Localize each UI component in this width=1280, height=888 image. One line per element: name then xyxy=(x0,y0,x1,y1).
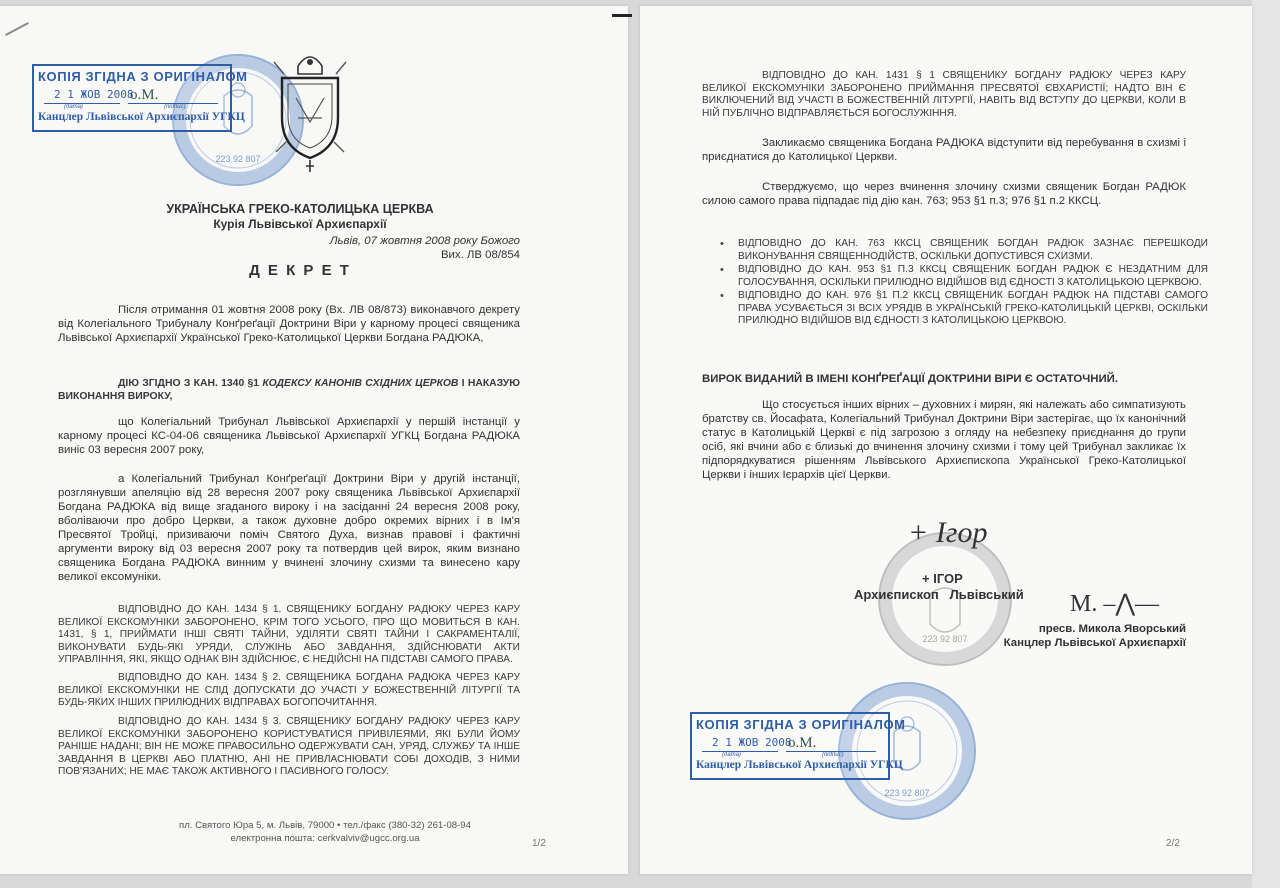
page-edge-mark xyxy=(612,14,632,17)
background-edge xyxy=(1252,0,1280,888)
page-number: 1/2 xyxy=(532,838,546,849)
paragraph-appeal: Закликаємо священика Богдана РАДЮКА відс… xyxy=(702,136,1186,164)
document-page-2: ВІДПОВІДНО ДО КАН. 1431 § 1 СВЯЩЕНИКУ БО… xyxy=(640,6,1252,874)
document-title: Д Е К Р Е Т xyxy=(100,262,500,280)
list-item: ВІДПОВІДНО ДО КАН. 953 §1 П.3 ККСЦ СВЯЩЕ… xyxy=(738,264,1208,289)
document-page-1: 223 92 807 КОПІЯ ЗГІДНА З ОРИГІНАЛОМ 2 1… xyxy=(0,6,628,874)
stamp-title: КОПІЯ ЗГІДНА З ОРИГІНАЛОМ xyxy=(696,717,906,732)
seal-number: 223 92 807 xyxy=(840,788,974,798)
stamp-signature: o.M. xyxy=(788,735,816,752)
footer-email: електронна пошта: cerkvalviv@ugcc.org.ua xyxy=(120,832,530,845)
paragraph-affirm: Стверджуємо, що через вчинення злочину с… xyxy=(702,180,1186,208)
paragraph-canon-1434-3: ВІДПОВІДНО ДО КАН. 1434 § 3. СВЯЩЕНИКУ Б… xyxy=(58,716,520,779)
curia-name: Курія Львівської Архиєпархії xyxy=(100,217,500,231)
paragraph-second-instance: а Колегіальний Трибунал Конґреґації Докт… xyxy=(58,472,520,584)
paragraph-canon-1434-1: ВІДПОВІДНО ДО КАН. 1434 § 1. СВЯЩЕНИКУ Б… xyxy=(58,604,520,667)
outgoing-reference: Вих. ЛВ 08/854 xyxy=(200,248,520,262)
stamp-title: КОПІЯ ЗГІДНА З ОРИГІНАЛОМ xyxy=(38,69,248,84)
page-number: 2/2 xyxy=(1166,838,1180,849)
stamp-chancellor: Канцлер Львівської Архиєпархії УГКЦ xyxy=(38,111,245,123)
order-text-1: ДІЮ ЗГІДНО З КАН. 1340 §1 xyxy=(118,378,262,389)
stamp-date: 2 1 ЖОВ 2008 xyxy=(54,88,133,101)
coat-of-arms-icon xyxy=(268,48,352,176)
list-item: ВІДПОВІДНО ДО КАН. 763 ККСЦ СВЯЩЕНИК БОГ… xyxy=(738,238,1208,263)
archbishop-signature: + Ігор xyxy=(908,516,987,550)
stamp-chancellor: Канцлер Львівської Архиєпархії УГКЦ xyxy=(696,759,903,771)
pen-mark xyxy=(5,22,29,36)
chancellor-name: пресв. Микола Яворський xyxy=(960,622,1186,636)
certified-copy-stamp: КОПІЯ ЗГІДНА З ОРИГІНАЛОМ 2 1 ЖОВ 2008 o… xyxy=(32,64,232,132)
stamp-signature-label: (підпис) xyxy=(822,752,844,758)
verdict-final: ВИРОК ВИДАНИЙ В ІМЕНІ КОНҐРЕҐАЦІЇ ДОКТРИ… xyxy=(702,372,1186,386)
chancellor-signature: M. –⋀— xyxy=(1070,590,1159,618)
stamp-signature-label: (підпис) xyxy=(164,104,186,110)
paragraph-order: ДІЮ ЗГІДНО З КАН. 1340 §1 КОДЕКСУ КАНОНІ… xyxy=(58,378,520,403)
chancellor-title: Канцлер Львівської Архиєпархії xyxy=(940,636,1186,650)
footer: пл. Святого Юра 5, м. Львів, 79000 • тел… xyxy=(120,819,530,845)
archbishop-name: + ІГОР xyxy=(922,572,963,586)
organization-name: УКРАЇНСЬКА ГРЕКО-КАТОЛИЦЬКА ЦЕРКВА xyxy=(100,202,500,216)
paragraph-warning: Що стосується інших вірних – духовних і … xyxy=(702,398,1186,482)
paragraph-first-instance: що Колегіальний Трибунал Львівської Архи… xyxy=(58,415,520,457)
stamp-date: 2 1 ЖОВ 2008 xyxy=(712,736,791,749)
certified-copy-stamp: КОПІЯ ЗГІДНА З ОРИГІНАЛОМ 2 1 ЖОВ 2008 o… xyxy=(690,712,890,780)
paragraph-canon-1431: ВІДПОВІДНО ДО КАН. 1431 § 1 СВЯЩЕНИКУ БО… xyxy=(702,70,1186,120)
paragraph-canon-1434-2: ВІДПОВІДНО ДО КАН. 1434 § 2. СВЯЩЕНИКА Б… xyxy=(58,672,520,710)
stamp-date-label: (дата) xyxy=(722,752,741,758)
list-item: ВІДПОВІДНО ДО КАН. 976 §1 П.2 ККСЦ СВЯЩЕ… xyxy=(738,290,1208,328)
stamp-signature: o.M. xyxy=(130,87,158,104)
footer-address: пл. Святого Юра 5, м. Львів, 79000 • тел… xyxy=(120,819,530,832)
canon-consequences-list: ВІДПОВІДНО ДО КАН. 763 ККСЦ СВЯЩЕНИК БОГ… xyxy=(716,238,1208,329)
stamp-date-label: (дата) xyxy=(64,104,83,110)
order-code-name: КОДЕКСУ КАНОНІВ СХІДНИХ ЦЕРКОВ xyxy=(262,378,458,389)
place-date: Львів, 07 жовтня 2008 року Божого xyxy=(200,234,520,248)
archbishop-title: Архиєпископ Львівський xyxy=(854,588,1024,602)
paragraph-receipt: Після отримання 01 жовтня 2008 року (Вх.… xyxy=(58,303,520,345)
